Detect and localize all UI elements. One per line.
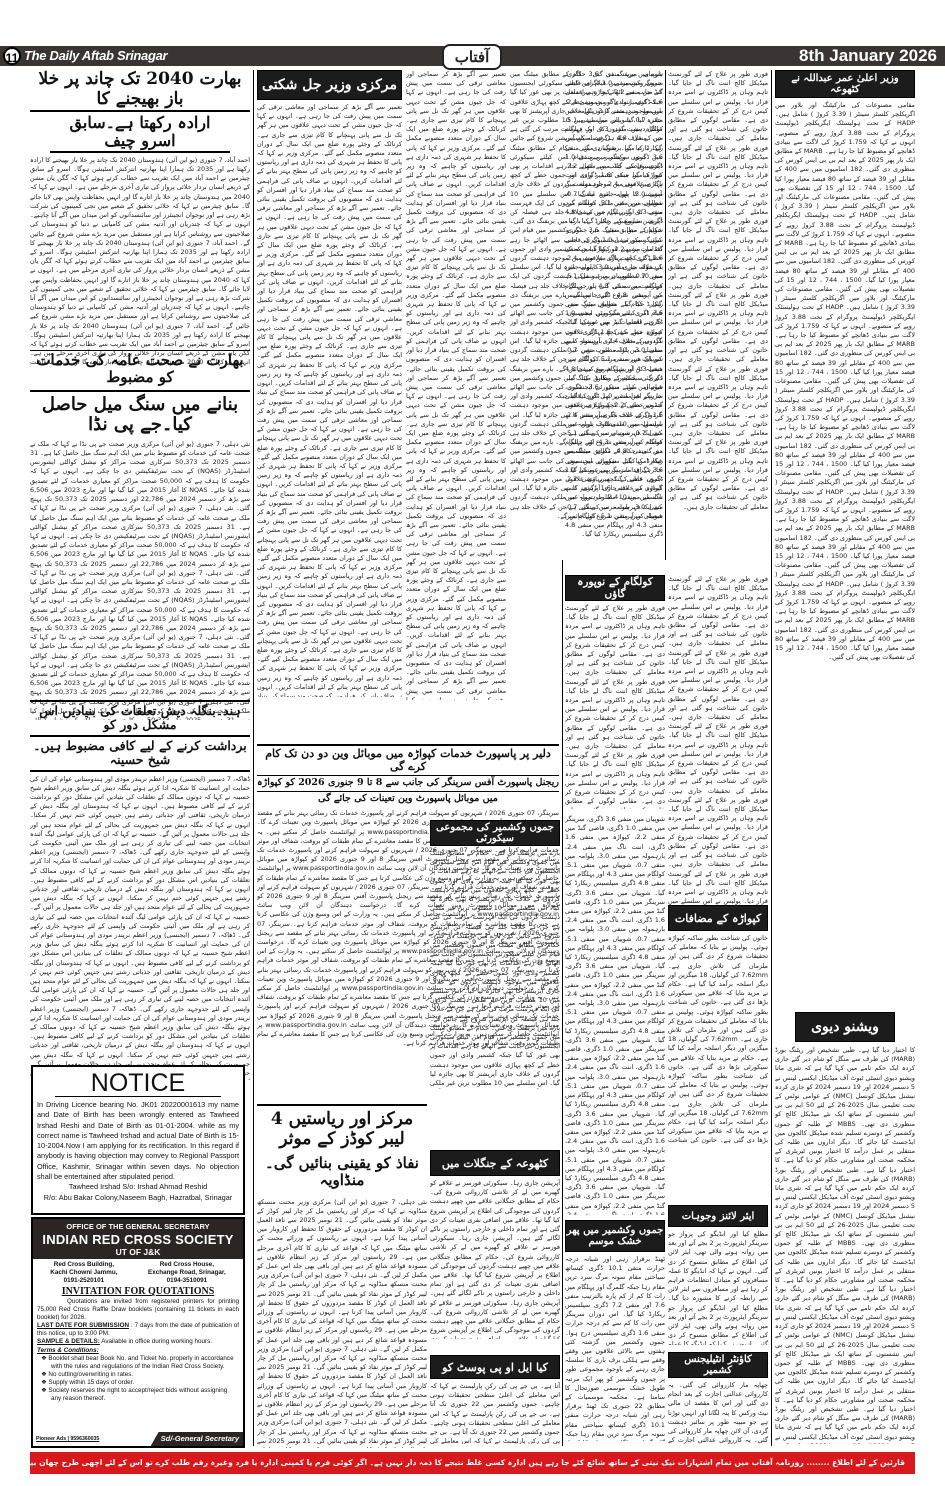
ad-footer: Pioneer Ads | 9596360035 Sd/-General Sec…	[33, 1432, 243, 1446]
sample-details: SAMPLE & DETAILS: Available in office du…	[33, 1338, 243, 1346]
red-cross-ad: OFFICE OF THE GENERAL SECRETARY INDIAN R…	[31, 1217, 245, 1448]
divider	[257, 1104, 427, 1106]
section-box-title: ایئر لائنز وجوہات	[668, 1205, 768, 1227]
article-dry-weather: جموں وکشمیر میں پھر خشک موسم ٹھنڈ برقرار…	[565, 1220, 665, 1445]
address-line: Red Cross House,	[148, 1261, 226, 1269]
address-line: Red Cross Building,	[50, 1261, 117, 1269]
address-line: Kachi Chowni Jammu,	[50, 1269, 117, 1277]
headline: بھارت نے صحت عامہ کی خدمات کو مضبوط	[30, 352, 250, 387]
phone-number: 0191-2520101	[50, 1277, 117, 1285]
article-body: آتا ہے۔ بی جے پی کی رکن پارلیمنٹ نے کہا …	[430, 1382, 560, 1444]
divider	[30, 390, 250, 392]
subheadline: بنانے میں سنگ میل حاصل کیا۔جے پی نڈا	[30, 395, 250, 436]
article-jal-shakti: مرکزی وزیر جل شکتی تعمیر سے آگے بڑھ کر س…	[257, 70, 402, 700]
address-jammu: Red Cross Building, Kachi Chowni Jammu, …	[50, 1261, 117, 1285]
notice-address: R/o: Abu Bakar Colony,Naseem Bagh, Hazra…	[37, 1193, 239, 1203]
invitation-body: Quotations are invited from registered p…	[33, 1298, 243, 1322]
sample-label: SAMPLE & DETAILS:	[37, 1338, 100, 1345]
paper-name: The Daily Aftab Srinagar	[24, 48, 167, 64]
article-labour-codes: مرکز اور ریاستیں 4 لیبر کوڈز کے موثر نفا…	[257, 1110, 427, 1445]
notice-signature: Tawheed Irshad S/o: Irshad Ahmad Reshid	[37, 1182, 239, 1192]
article-airlines: ایئر لائنز وجوہات مطلع کیا اور انڈیگو کی…	[668, 1205, 768, 1345]
article-body: بارے میں بریفنگ دی گئی۔ حکام کے مطابق می…	[430, 849, 560, 1089]
ut-label: UT OF J&K	[33, 1247, 243, 1257]
column-divider	[665, 70, 666, 560]
issue-date: 8th January 2026	[799, 47, 937, 65]
article-moon-mission: بھارت 2040 تک چاند پر خلا باز بھیجنے کا …	[30, 70, 250, 340]
article-kolgam-lead: فوری طور پر علاج کے لئے گورنمنٹ میڈیکل ک…	[668, 70, 768, 560]
section-box-title: کاؤنٹر انٹیلیجنس کشمیر	[668, 1352, 768, 1378]
invitation-title: INVITATION FOR QUOTATIONS	[33, 1286, 243, 1298]
article-weather-continued: شوپیاں میں منفی 3.6 ڈگری، سرینگر میں منف…	[565, 815, 665, 1215]
address-srinagar: Red Cross House, Exchange Road, Srinagar…	[148, 1261, 226, 1285]
section-box-title: وزیر اعلیٰ عمر عبداللہ نے کٹھوعہ	[775, 70, 915, 98]
section-box-title: کٹھوعہ کے جنگلات میں	[430, 1150, 560, 1176]
article-body: احمد آباد، 7 جنوری (یو این آئی) ہندوستان…	[30, 156, 250, 368]
article-bangladesh: ہند۔بنگلہ دیش تعلقات کی بنیادیں اس مشکل …	[30, 704, 250, 1059]
page-number: 11	[3, 47, 21, 65]
article-body: مطلع کیا اور انڈیگو کی پرواز جو سرینگر ا…	[668, 1230, 768, 1345]
headline: مرکز اور ریاستیں 4 لیبر کوڈز کے موثر	[257, 1110, 427, 1149]
section-box-title: ویشنو دیوی	[795, 1012, 895, 1042]
section-box-title: کولگام کے نوپورہ گاؤں	[565, 575, 665, 601]
article-body-continued: فوری طور پر علاج کے لئے گورنمنٹ میڈیکل ک…	[668, 575, 768, 905]
addresses: Red Cross Building, Kachi Chowni Jammu, …	[33, 1259, 243, 1285]
headline: ہند۔بنگلہ دیش تعلقات کی بنیادیں اس مشکل …	[30, 704, 250, 737]
red-cross-header: OFFICE OF THE GENERAL SECRETARY INDIAN R…	[33, 1219, 243, 1259]
column-divider	[253, 70, 254, 1446]
article-body: فوری طور پر علاج کے لئے گورنمنٹ میڈیکل ک…	[565, 604, 665, 809]
address-line: Exchange Road, Srinagar,	[148, 1269, 226, 1277]
notice-ad: NOTICE In Driving Licence bearing No. JK…	[31, 1065, 245, 1215]
article-kupwara: کپواڑہ کے مضافات خاتون کی شناخت بطور ساک…	[668, 905, 768, 1145]
signatory: Sd/-General Secretary	[151, 1432, 243, 1446]
last-date: LAST DATE FOR SUBMISSION : 7 days from t…	[33, 1322, 243, 1338]
reader-notice-banner: قارئین کے لئے اطلاع ........ روزنامہ آفت…	[30, 1452, 915, 1474]
subheadline: نفاذ کو یقینی بنائیں گی۔منڈاویہ	[257, 1155, 427, 1190]
article-vaishno-devi: ویشنو دیوی کا اختیار دیا گیا ہے۔ طبی تشخ…	[775, 1012, 915, 1447]
article-body: ڈھاکہ، 7 دسمبر (ایجنسی) وزیر اعظم نریندر…	[30, 775, 250, 1080]
headline: بھارت 2040 تک چاند پر خلا باز بھیجنے کا	[30, 70, 250, 112]
article-body: نئی دہلی، 7 جنوری (یو این آئی) مرکزی وزی…	[30, 440, 250, 720]
office-title: OFFICE OF THE GENERAL SECRETARY	[33, 1222, 243, 1232]
article-body: چھاپہ مار کارروائی کی گئی۔ یہ کارروائی ع…	[668, 1381, 768, 1445]
article-public-health: بھارت نے صحت عامہ کی خدمات کو مضبوط بنان…	[30, 352, 250, 697]
article-counter-intelligence: کاؤنٹر انٹیلیجنس کشمیر چھاپہ مار کارروائ…	[668, 1352, 768, 1447]
article-body: کا اختیار دیا گیا ہے۔ طبی تشخیص اور ریٹن…	[775, 1046, 915, 1444]
article-body: تعمیر سے آگے بڑھ کر سماجی اور معاشی ترقی…	[257, 103, 402, 697]
section-box-title: کیا ایل او پی پوسٹ کو	[430, 1355, 560, 1379]
term-item: Society reserves the right to accept/rej…	[37, 1387, 239, 1403]
newspaper-logo: آفتاب	[442, 44, 502, 70]
column-divider	[562, 560, 563, 1446]
article-kathua-forests: کٹھوعہ کے جنگلات میں آپریشن جاری رہا۔ سی…	[430, 1150, 560, 1340]
article-lop-post: کیا ایل او پی پوسٹ کو آتا ہے۔ بی جے پی ک…	[430, 1355, 560, 1445]
article-cm-omar: وزیر اعلیٰ عمر عبداللہ نے کٹھوعہ مقامی م…	[775, 70, 915, 1000]
notice-title: NOTICE	[55, 1070, 221, 1097]
section-box-title: جموں وکشمیر میں پھر خشک موسم	[565, 1220, 665, 1252]
org-name: INDIAN RED CROSS SOCIETY	[33, 1232, 243, 1247]
article-jk-security: جموں وکشمیر کی مجموعی سیکورٹی بارے میں ب…	[430, 820, 560, 1090]
article-body: نئی دہلی، 7 جنوری (یو این آئی) مرکزی وزی…	[257, 1198, 427, 1448]
terms-title: Terms & Conditions:	[33, 1347, 243, 1355]
section-box-title: جموں وکشمیر کی مجموعی سیکورٹی	[430, 820, 560, 846]
terms-list: Booklet shall bear Book No. and Ticket N…	[33, 1355, 243, 1404]
section-box-title: مرکزی وزیر جل شکتی	[257, 70, 402, 100]
article-weather-body: شوپیاں میں منفی 3.6 ڈگری، سرینگر میں منف…	[565, 70, 663, 560]
sample-value: Available in office during working hours…	[101, 1338, 212, 1345]
headline: دلیر پر پاسپورٹ خدمات کپواڑہ میں موبائل …	[257, 744, 559, 776]
article-body-continued: تعمیر سے آگے بڑھ کر سماجی اور معاشی ترقی…	[406, 70, 506, 700]
subheadline: برداشت کرنے کے لیے کافی مضبوط ہیں۔شیخ حس…	[30, 739, 250, 772]
term-item: Booklet shall bear Book No. and Ticket N…	[37, 1355, 239, 1371]
subheadline: ریجنل پاسپورٹ آفس سرینگر کی جانب سے 8 تا…	[257, 776, 559, 792]
section-box-title: کپواڑہ کے مضافات	[668, 905, 768, 931]
pioneer-ads: Pioneer Ads | 9596360035	[33, 1436, 99, 1442]
last-date-label: LAST DATE FOR SUBMISSION	[37, 1322, 129, 1329]
article-body: مقامی مصنوعات کی مارکیٹنگ اور بلاور میں …	[775, 101, 915, 996]
phone-number: 0194-3510091	[148, 1277, 226, 1285]
term-item: No cutting/overwriting in rates.	[37, 1371, 239, 1379]
column-divider	[771, 70, 772, 1446]
article-body: ٹھنڈ برقرار رہی اور شبانہ درجہ حرارت منف…	[565, 1255, 665, 1441]
article-body: آپریشن جاری رہا۔ سیکورٹی فورسز نے علاقے …	[430, 1179, 560, 1339]
divider	[30, 700, 250, 702]
subheadline: میں موبائل پاسپورٹ وین تعینات کی جائے گی	[257, 792, 559, 807]
term-item: Supply within 15 days of order.	[37, 1379, 239, 1387]
subheadline: ارادہ رکھتا ہے۔سابق اسرو چیف	[50, 114, 230, 153]
notice-body: In Driving Licence bearing No. JK01 2022…	[37, 1100, 239, 1182]
article-kolgam: کولگام کے نوپورہ گاؤں فوری طور پر علاج ک…	[565, 575, 665, 810]
article-body: خاتون کی شناخت بطور ساکنہ کپواڑہ ہوئی۔ پ…	[668, 934, 768, 1144]
